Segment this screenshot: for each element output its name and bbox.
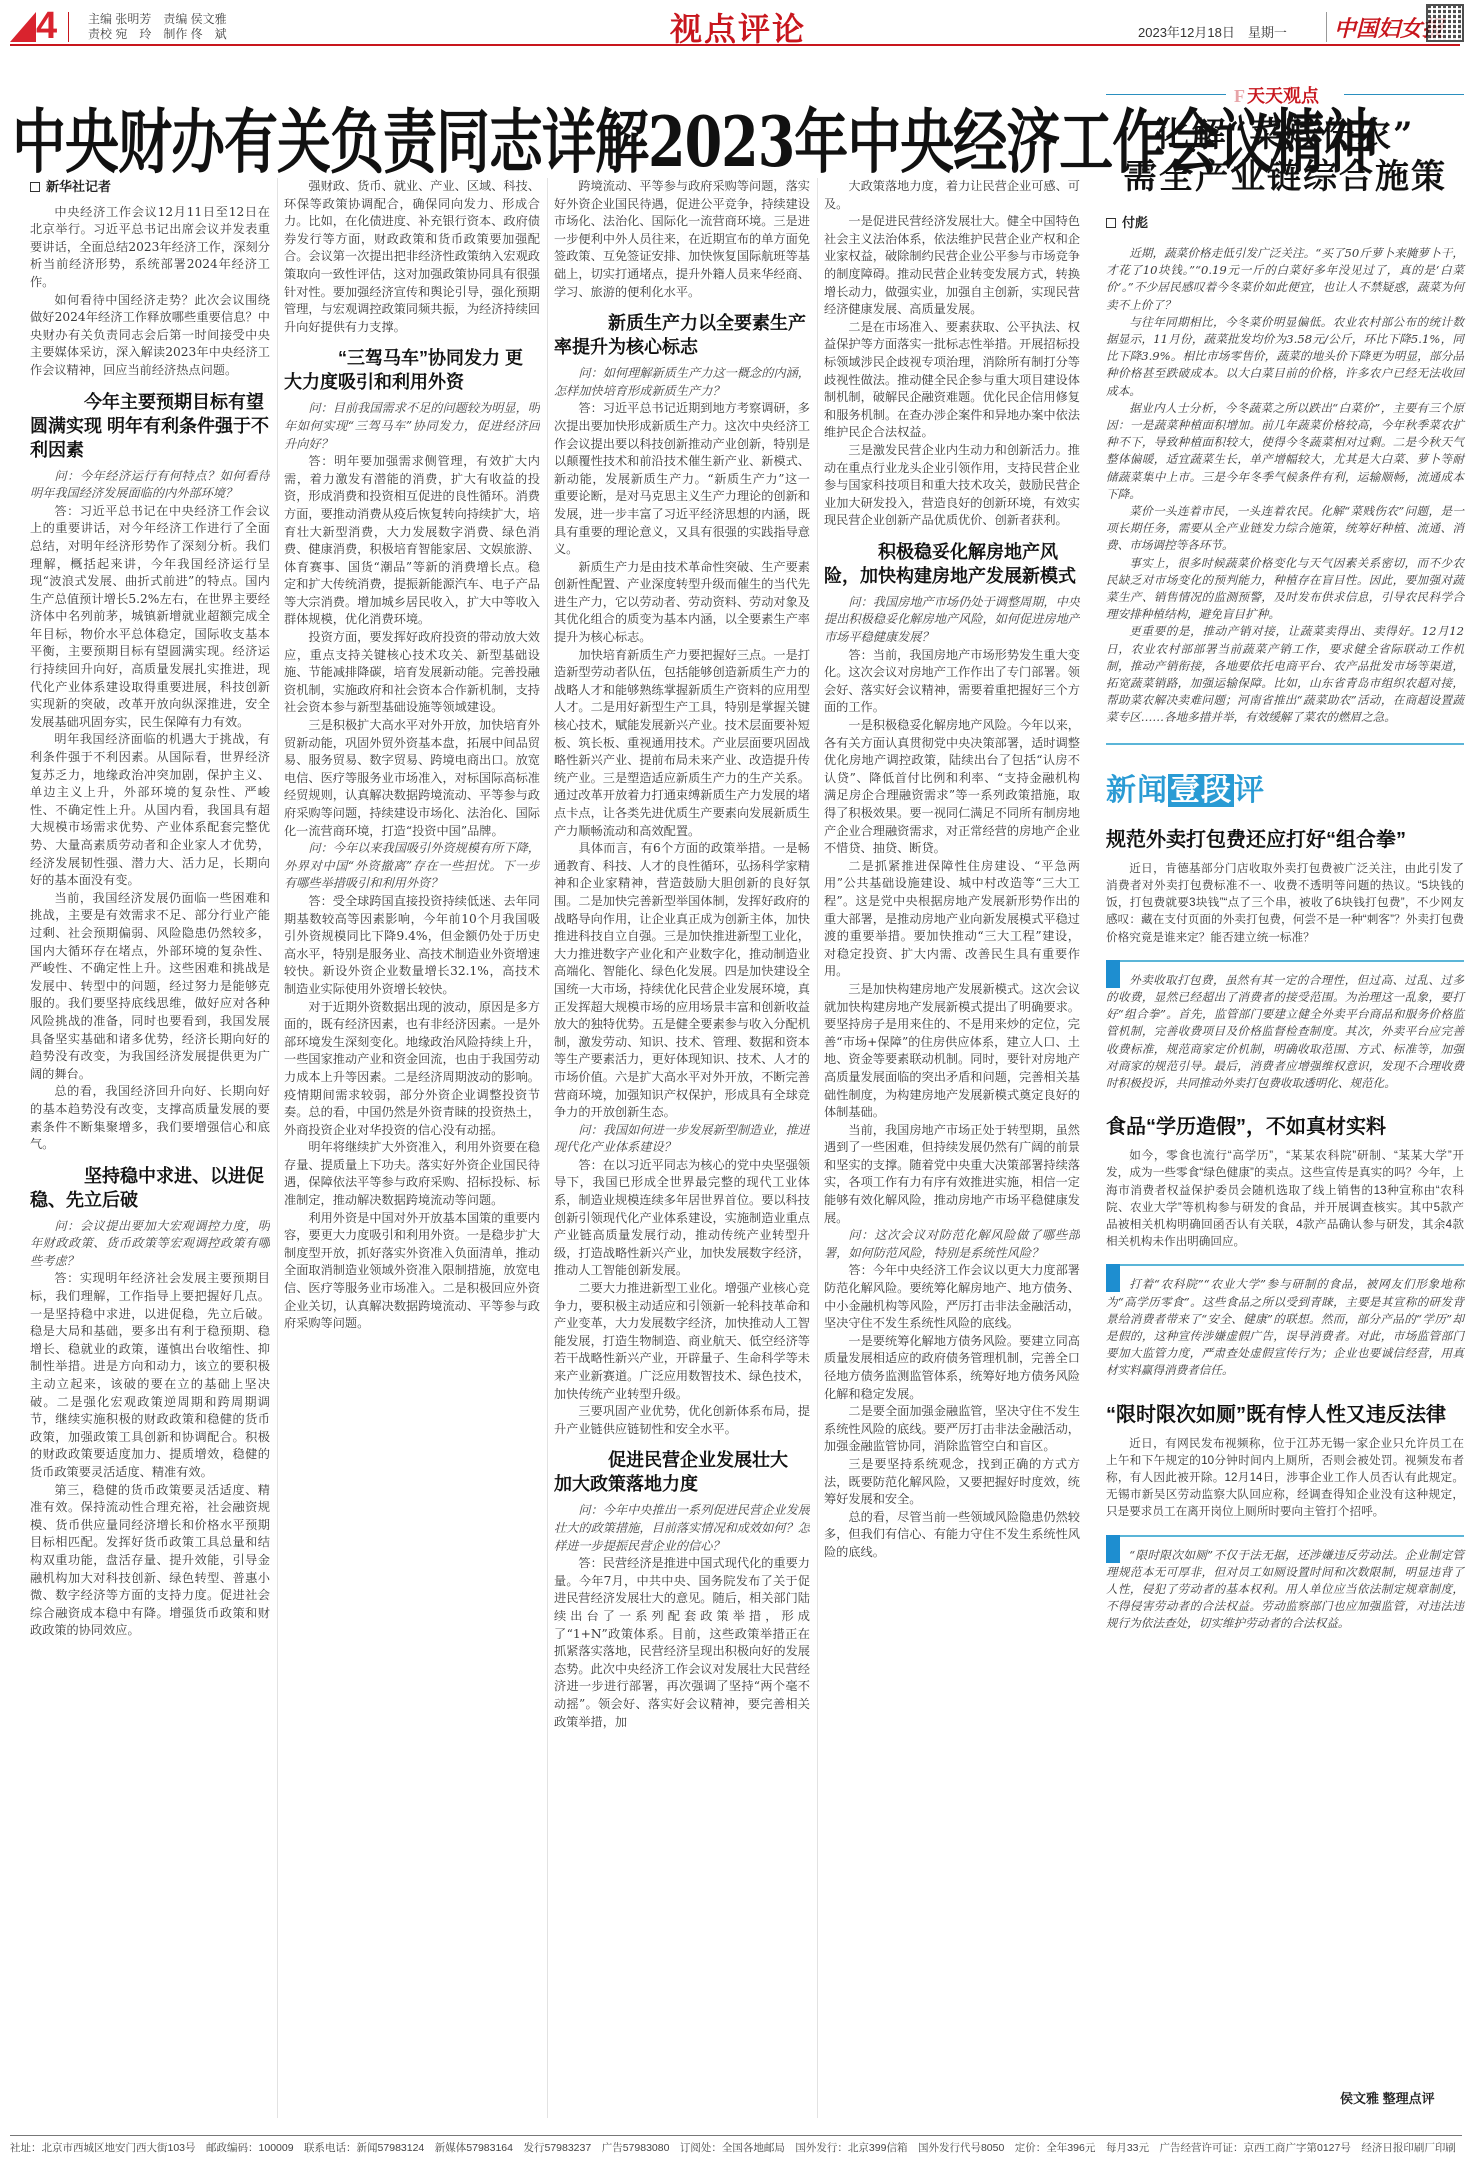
news-briefs-brand: 新闻壹段评 xyxy=(1106,765,1464,809)
article-paragraph: 新质生产力是由技术革命性突破、生产要素创新性配置、产业深度转型升级而催生的当代先… xyxy=(554,559,810,647)
article-column-3: 跨境流动、平等参与政府采购等问题，落实好外资企业国民待遇，促进公平竞争，持续建设… xyxy=(554,178,810,2113)
article-paragraph: 具体而言，有6个方面的政策举措。一是畅通教育、科技、人才的良性循环，弘扬科学家精… xyxy=(554,840,810,1122)
comment-tab-icon xyxy=(1106,1535,1120,1563)
subheading: 今年主要预期目标有望圆满实现 明年有利条件强于不利因素 xyxy=(30,390,270,462)
article-paragraph: 如何看待中国经济走势？此次会议围绕做好2024年经济工作释放哪些重要信息？中央财… xyxy=(30,292,270,380)
article-paragraph: 总的看，尽管当前一些领域风险隐患仍然较多，但我们有信心、有能力守住不发生系统性风… xyxy=(824,1509,1080,1562)
news-briefs: 新闻壹段评 规范外卖打包费还应打好“组合拳” 近日，肯德基部分门店收取外卖打包费… xyxy=(1106,765,1464,1641)
main-headline: 中央财办有关负责同志详解2023年中央经济工作会议精神 xyxy=(12,88,1092,187)
brief-body: 如今，零食也流行“高学历”，“某某农科院”研制、“某某大学”开发，成为一些零食“… xyxy=(1106,1147,1464,1250)
red-wedge-icon xyxy=(10,12,36,42)
brief-title: “限时限次如厕”既有悖人性又违反法律 xyxy=(1106,1398,1464,1427)
subheading: 促进民营企业发展壮大 加大政策落地力度 xyxy=(554,1448,810,1496)
masthead: 4 主编 张明芳 责编 侯文雅 责校 宛 玲 制作 佟 斌 视点评论 2023年… xyxy=(10,10,1460,46)
article-paragraph: 二是要全面加强金融监管，坚决守住不发生系统性风险的底线。要严厉打击非法金融活动，… xyxy=(824,1403,1080,1456)
article-paragraph: 三要巩固产业优势，优化创新体系布局，提升产业链供应链韧性和安全水平。 xyxy=(554,1403,810,1438)
subheading: 新质生产力以全要素生产率提升为核心标志 xyxy=(554,311,810,359)
question-paragraph: 问：如何理解新质生产力这一概念的内涵，怎样加快培育形成新质生产力？ xyxy=(554,365,810,400)
opinion-paragraph: 更重要的是，推动产销对接，让蔬菜卖得出、卖得好。12月12日，农业农村部部署当前… xyxy=(1106,623,1464,726)
editor-credits: 主编 张明芳 责编 侯文雅 责校 宛 玲 制作 佟 斌 xyxy=(88,12,227,42)
brief-item: 规范外卖打包费还应打好“组合拳” 近日，肯德基部分门店收取外卖打包费被广泛关注，… xyxy=(1106,823,1464,1100)
opinion-body: 近期，蔬菜价格走低引发广泛关注。“买了50斤萝卜来腌萝卜干，才花了10块钱。”“… xyxy=(1106,245,1464,727)
page-number: 4 xyxy=(36,6,57,46)
article-paragraph: 三是激发民营企业内生动力和创新活力。推动在重点行业龙头企业引领作用，支持民营企业… xyxy=(824,442,1080,530)
brand-part-highlight: 壹段 xyxy=(1168,774,1234,807)
question-paragraph: 问：今年中央推出一系列促进民营企业发展壮大的政策措施，目前落实情况和成效如何？怎… xyxy=(554,1502,810,1555)
opinion-kicker: F天天观点 xyxy=(1234,82,1319,108)
article-paragraph: 答：实现明年经济社会发展主要预期目标，我们理解，工作指导上要把握好几点。一是坚持… xyxy=(30,1270,270,1481)
masthead-divider xyxy=(1326,12,1327,42)
article-paragraph: 明年将继续扩大外资准入，利用外资要在稳存量、提质量上下功夫。落实好外资企业国民待… xyxy=(284,1139,540,1209)
editor-credits-line-1: 主编 张明芳 责编 侯文雅 xyxy=(88,12,227,27)
opinion-title: 化解“菜贱伤农” 需全产业链综合施策 xyxy=(1106,114,1464,198)
kicker-rule-left xyxy=(1106,94,1226,95)
byline-box-icon xyxy=(1106,218,1116,228)
article-paragraph: 答：在以习近平同志为核心的党中央坚强领导下，我国已形成全世界最完整的现代工业体系… xyxy=(554,1157,810,1280)
question-paragraph: 问：会议提出要加大宏观调控力度，明年财政政策、货币政策等宏观调控政策有哪些考虑？ xyxy=(30,1218,270,1271)
article-paragraph: 二要大力推进新型工业化。增强产业核心竞争力，要积极主动适应和引领新一轮科技革命和… xyxy=(554,1280,810,1403)
brief-comment-text: 外卖收取打包费，虽然有其一定的合理性，但过高、过乱、过多的收费，显然已经超出了消… xyxy=(1106,972,1464,1092)
article-paragraph: 大政策落地力度，着力让民营企业可感、可及。 xyxy=(824,178,1080,213)
brief-comment: 打着“农科院”“农业大学”参与研制的食品，被网友们形象地称为“高学历零食”。这些… xyxy=(1106,1264,1464,1387)
subheading: 坚持稳中求进、以进促稳、先立后破 xyxy=(30,1164,270,1212)
byline-text: 新华社记者 xyxy=(46,179,111,194)
column-divider xyxy=(817,178,818,2118)
article-paragraph: 中央经济工作会议12月11日至12日在北京举行。习近平总书记出席会议并发表重要讲… xyxy=(30,204,270,292)
brief-comment: 外卖收取打包费，虽然有其一定的合理性，但过高、过乱、过多的收费，显然已经超出了消… xyxy=(1106,960,1464,1100)
article-paragraph: 当前，我国房地产市场正处于转型期，虽然遇到了一些困难，但持续发展仍然有广阔的前景… xyxy=(824,1122,1080,1228)
brief-comment-text: 打着“农科院”“农业大学”参与研制的食品，被网友们形象地称为“高学历零食”。这些… xyxy=(1106,1276,1464,1379)
question-paragraph: 问：我国如何进一步发展新型制造业，推进现代化产业体系建设？ xyxy=(554,1122,810,1157)
byline-box-icon xyxy=(30,182,40,192)
article-paragraph: 三是加快构建房地产发展新模式。这次会议就加快构建房地产发展新模式提出了明确要求。… xyxy=(824,981,1080,1122)
question-paragraph: 问：我国房地产市场仍处于调整周期，中央提出积极稳妥化解房地产风险，如何促进房地产… xyxy=(824,594,1080,647)
brand-part: 评 xyxy=(1234,774,1265,807)
brief-title: 规范外卖打包费还应打好“组合拳” xyxy=(1106,823,1464,852)
article-paragraph: 答：今年中央经济工作会议以更大力度部署防范化解风险。要统筹化解房地产、地方债务、… xyxy=(824,1262,1080,1332)
article-paragraph: 答：民营经济是推进中国式现代化的重要力量。今年7月，中共中央、国务院发布了关于促… xyxy=(554,1555,810,1731)
comment-tab-icon xyxy=(1106,1264,1120,1292)
article-paragraph: 答：当前，我国房地产市场形势发生重大变化。这次会议对房地产工作作出了专门部署。领… xyxy=(824,647,1080,717)
column-divider xyxy=(277,178,278,2118)
column-divider xyxy=(547,178,548,2118)
article-paragraph: 总的看，我国经济回升向好、长期向好的基本趋势没有改变，支撑高质量发展的要素条件不… xyxy=(30,1083,270,1153)
right-panel: F天天观点 化解“菜贱伤农” 需全产业链综合施策 付彪 近期，蔬菜价格走低引发广… xyxy=(1106,70,1464,1641)
opinion-paragraph: 据业内人士分析，今冬蔬菜之所以跌出“白菜价”，主要有三个原因：一是蔬菜种植面积增… xyxy=(1106,400,1464,503)
article-paragraph: 一是要统筹化解地方债务风险。要建立同高质量发展相适应的政府债务管理机制，完善全口… xyxy=(824,1333,1080,1403)
brief-item: “限时限次如厕”既有悖人性又违反法律 近日，有网民发布视频称，位于江苏无锡一家企… xyxy=(1106,1398,1464,1641)
comment-tab-icon xyxy=(1106,960,1120,988)
question-paragraph: 问：这次会议对防范化解风险做了哪些部署，如何防范风险，特别是系统性风险？ xyxy=(824,1227,1080,1262)
article-paragraph: 跨境流动、平等参与政府采购等问题，落实好外资企业国民待遇，促进公平竞争，持续建设… xyxy=(554,178,810,301)
article-column-4: 大政策落地力度，着力让民营企业可感、可及。一是促进民营经济发展壮大。健全中国特色… xyxy=(824,178,1080,2113)
brief-comment: “限时限次如厕”不仅于法无据，还涉嫌违反劳动法。企业制定管理规范本无可厚非，但对… xyxy=(1106,1535,1464,1641)
subheading: 积极稳妥化解房地产风险，加快构建房地产发展新模式 xyxy=(824,540,1080,588)
briefs-signoff: 侯文雅 整理点评 xyxy=(1340,2088,1435,2107)
issue-date: 2023年12月18日 星期一 xyxy=(1138,22,1287,41)
article-paragraph: 当前，我国经济发展仍面临一些困难和挑战，主要是有效需求不足、部分行业产能过剩、社… xyxy=(30,890,270,1084)
article-paragraph: 二是抓紧推进保障性住房建设、“平急两用”公共基础设施建设、城中村改造等“三大工程… xyxy=(824,858,1080,981)
page-number-badge: 4 xyxy=(10,10,72,44)
publication-footer: 社址：北京市西城区地安门西大街103号 邮政编码：100009 联系电话：新闻5… xyxy=(10,2135,1462,2155)
article-paragraph: 强财政、货币、就业、产业、区域、科技、环保等政策协调配合，确保同向发力、形成合力… xyxy=(284,178,540,336)
brief-title: 食品“学历造假”，不如真材实料 xyxy=(1106,1110,1464,1139)
question-paragraph: 问：今年经济运行有何特点？如何看待明年我国经济发展面临的内外部环境？ xyxy=(30,468,270,503)
article-paragraph: 答：习近平总书记在中央经济工作会议上的重要讲话，对今年经济工作进行了全面总结，对… xyxy=(30,503,270,732)
article-paragraph: 答：受全球跨国直接投资持续低迷、去年同期基数较高等因素影响，今年前10个月我国吸… xyxy=(284,893,540,999)
byline-text: 付彪 xyxy=(1122,215,1148,230)
article-paragraph: 答：习近平总书记近期到地方考察调研，多次提出要加快形成新质生产力。这次中央经济工… xyxy=(554,400,810,558)
kicker-text: 天天观点 xyxy=(1247,86,1319,107)
article-paragraph: 一是促进民营经济发展壮大。健全中国特色社会主义法治体系，依法维护民营企业产权和企… xyxy=(824,213,1080,319)
article-paragraph: 答：明年要加强需求侧管理，有效扩大内需，着力激发有潜能的消费，扩大有收益的投资，… xyxy=(284,453,540,629)
opinion-byline: 付彪 xyxy=(1106,212,1464,231)
opinion-paragraph: 菜价一头连着市民，一头连着农民。化解“菜贱伤农”问题，是一项长期任务，需要从全产… xyxy=(1106,503,1464,555)
masthead-divider xyxy=(68,12,69,42)
opinion-title-line-1: 化解“菜贱伤农” xyxy=(1106,114,1464,156)
article-paragraph: 投资方面，要发挥好政府投资的带动放大效应，重点支持关键核心技术攻关、新型基础设施… xyxy=(284,629,540,717)
article-paragraph: 利用外资是中国对外开放基本国策的重要内容，要更大力度吸引和利用外资。一是稳步扩大… xyxy=(284,1210,540,1333)
article-paragraph: 三是要坚持系统观念，找到正确的方式方法，既要防范化解风险，又要把握好时度效，统筹… xyxy=(824,1456,1080,1509)
brief-body: 近日，肯德基部分门店收取外卖打包费被广泛关注，由此引发了消费者对外卖打包费标准不… xyxy=(1106,860,1464,946)
kicker-f-icon: F xyxy=(1234,86,1245,106)
brief-body: 近日，有网民发布视频称，位于江苏无锡一家企业只允许员工在上午和下午规定的10分钟… xyxy=(1106,1435,1464,1521)
brief-item: 食品“学历造假”，不如真材实料 如今，零食也流行“高学历”，“某某农科院”研制、… xyxy=(1106,1110,1464,1387)
article-paragraph: 明年我国经济面临的机遇大于挑战，有利条件强于不利因素。从国际看，世界经济复苏乏力… xyxy=(30,731,270,889)
section-title: 视点评论 xyxy=(670,4,806,50)
question-paragraph: 问：今年以来我国吸引外资规模有所下降，外界对中国“外资撤离”存在一些担忧。下一步… xyxy=(284,840,540,893)
opinion-title-line-2: 需全产业链综合施策 xyxy=(1106,156,1464,198)
article-column-1: 新华社记者 中央经济工作会议12月11日至12日在北京举行。习近平总书记出席会议… xyxy=(30,178,270,2113)
opinion-paragraph: 与往年同期相比，今冬菜价明显偏低。农业农村部公布的统计数据显示，11月份，蔬菜批… xyxy=(1106,314,1464,400)
question-paragraph: 问：目前我国需求不足的问题较为明显，明年如何实现“三驾马车”协同发力，促进经济回… xyxy=(284,400,540,453)
article-paragraph: 二是在市场准入、要素获取、公平执法、权益保护等方面落实一批标志性举措。开展招标投… xyxy=(824,319,1080,442)
article-column-2: 强财政、货币、就业、产业、区域、科技、环保等政策协调配合，确保同向发力、形成合力… xyxy=(284,178,540,2113)
opinion-column: F天天观点 化解“菜贱伤农” 需全产业链综合施策 付彪 近期，蔬菜价格走低引发广… xyxy=(1106,80,1464,727)
brand-part: 新闻 xyxy=(1106,774,1168,807)
article-paragraph: 加快培育新质生产力要把握好三点。一是打造新型劳动者队伍，包括能够创造新质生产力的… xyxy=(554,647,810,841)
qr-code-icon[interactable] xyxy=(1428,6,1462,40)
article-byline: 新华社记者 xyxy=(30,178,270,196)
editor-credits-line-2: 责校 宛 玲 制作 佟 斌 xyxy=(88,27,227,42)
opinion-kicker-row: F天天观点 xyxy=(1106,80,1464,110)
subheading: “三驾马车”协同发力 更大力度吸引和利用外资 xyxy=(284,346,540,394)
article-paragraph: 一是积极稳妥化解房地产风险。今年以来，各有关方面认真贯彻党中央决策部署，适时调整… xyxy=(824,717,1080,858)
kicker-rule-right xyxy=(1344,94,1464,95)
opinion-paragraph: 事实上，很多时候蔬菜价格变化与天气因素关系密切，而不少农民缺乏对市场变化的预判能… xyxy=(1106,555,1464,624)
article-paragraph: 第三，稳健的货币政策要灵活适度、精准有效。保持流动性合理充裕，社会融资规模、货币… xyxy=(30,1482,270,1640)
opinion-paragraph: 近期，蔬菜价格走低引发广泛关注。“买了50斤萝卜来腌萝卜干，才花了10块钱。”“… xyxy=(1106,245,1464,314)
article-paragraph: 对于近期外资数据出现的波动，原因是多方面的，既有经济因素，也有非经济因素。一是外… xyxy=(284,999,540,1140)
brief-comment-text: “限时限次如厕”不仅于法无据，还涉嫌违反劳动法。企业制定管理规范本无可厚非，但对… xyxy=(1106,1547,1464,1633)
article-paragraph: 三是积极扩大高水平对外开放，加快培育外贸新动能，巩固外贸外资基本盘，拓展中间品贸… xyxy=(284,717,540,840)
section-divider xyxy=(1106,743,1464,745)
